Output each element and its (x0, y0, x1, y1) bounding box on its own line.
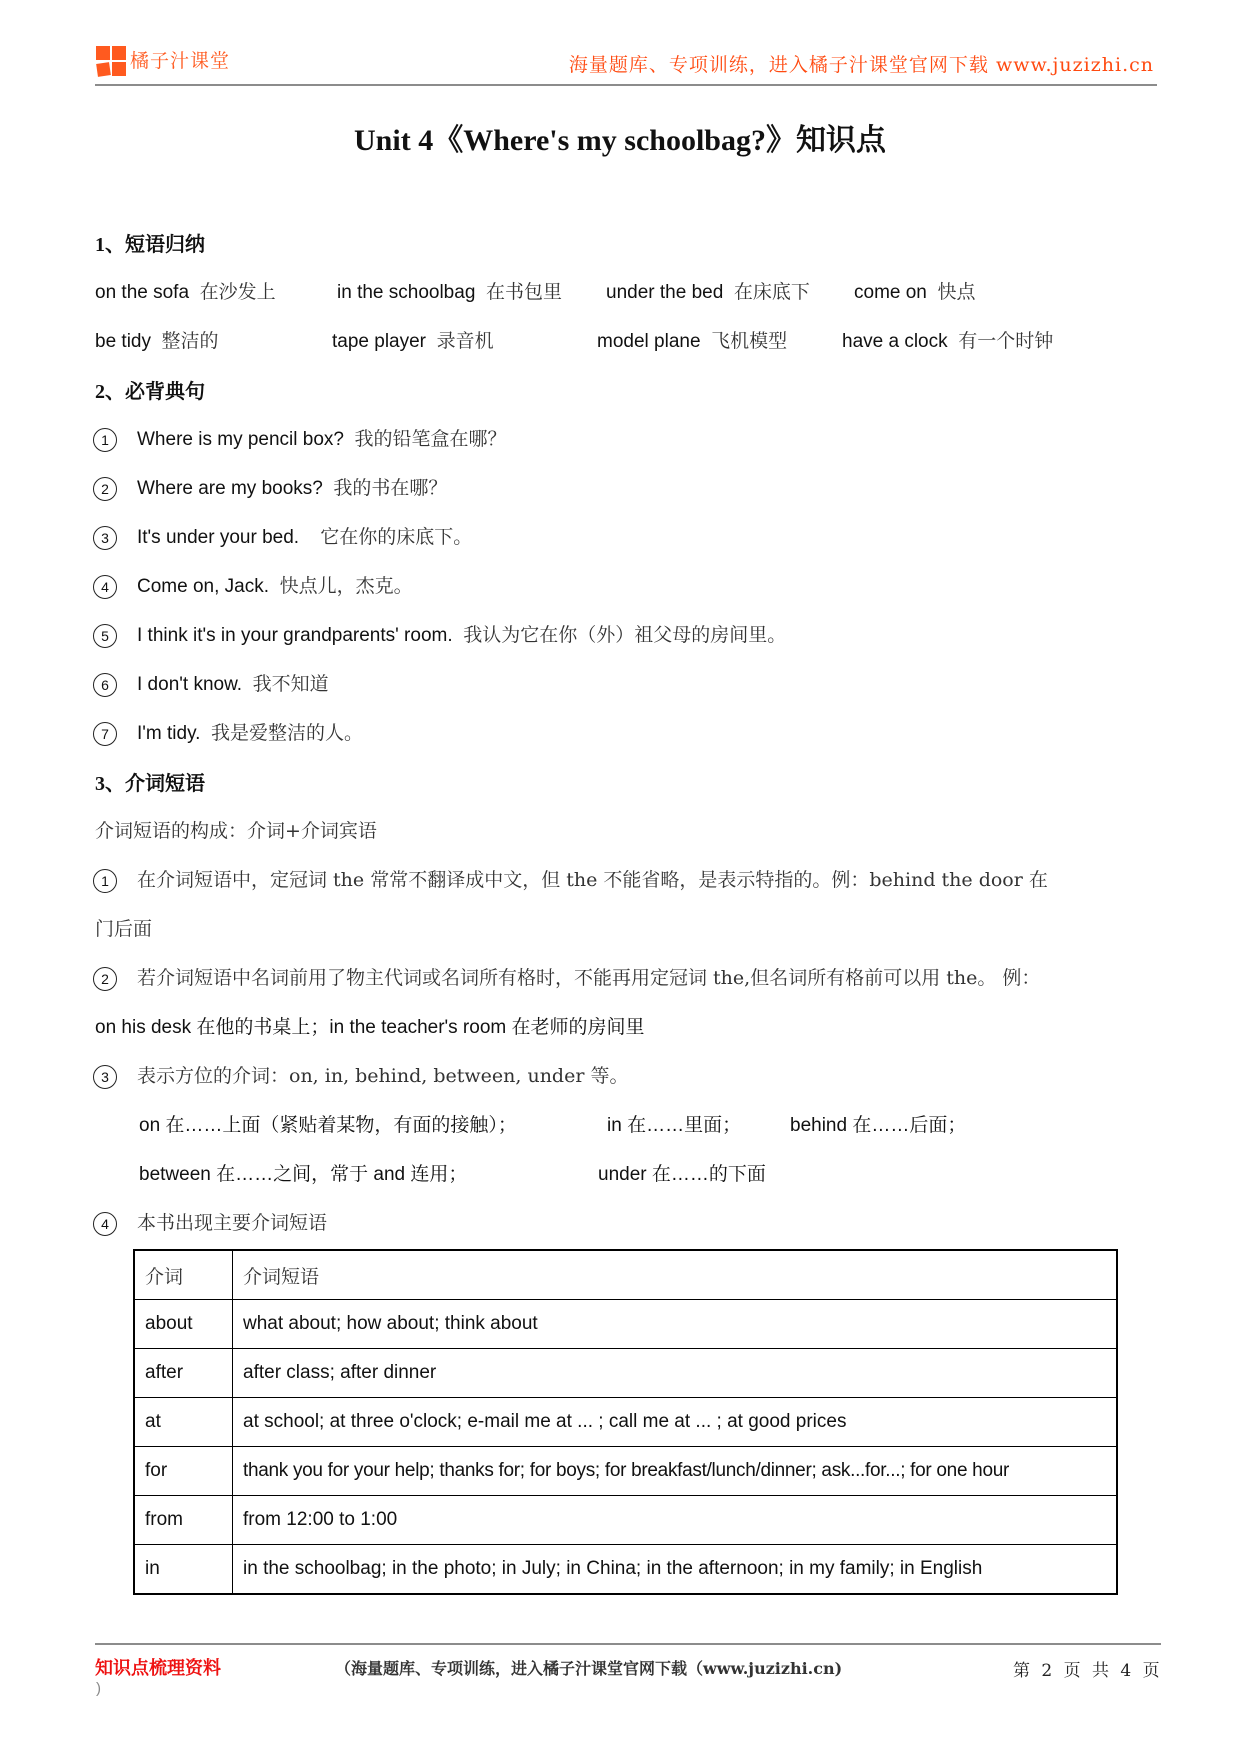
table-cell-preposition: after (134, 1349, 233, 1398)
table-cell-preposition: for (134, 1447, 233, 1496)
sentence-item: 3It's under your bed. 它在你的床底下。 (93, 522, 472, 550)
footer-slogan: （海量题库、专项训练，进入橘子汁课堂官网下载（www.juzizhi.cn) (335, 1656, 842, 1679)
page-title: Unit 4《Where's my schoolbag?》知识点 (0, 115, 1240, 159)
point-3-line-1: 3表示方位的介词：on, in, behind, between, under … (93, 1061, 628, 1089)
table-header-cell: 介词短语 (233, 1250, 1118, 1300)
section-2-heading: 2、必背典句 (95, 375, 205, 404)
point-3-item: under 在……的下面 (598, 1159, 766, 1186)
phrase-item: model plane 飞机模型 (597, 326, 787, 353)
circled-number: 2 (93, 967, 117, 991)
table-row: about what about; how about; think about (134, 1300, 1117, 1349)
phrase-item: under the bed 在床底下 (606, 277, 810, 304)
sentence-item: 7I'm tidy. 我是爱整洁的人。 (93, 718, 363, 746)
point-2-line-1: 2若介词短语中名词前用了物主代词或名词所有格时，不能再用定冠词 the,但名词所… (93, 963, 1040, 991)
circled-number: 5 (93, 624, 117, 648)
header-slogan: 海量题库、专项训练，进入橘子汁课堂官网下载 www.juzizhi.cn (569, 50, 1154, 77)
point-4-line-1: 4本书出现主要介词短语 (93, 1208, 327, 1236)
table-cell-preposition: at (134, 1398, 233, 1447)
table-cell-phrases: from 12:00 to 1:00 (233, 1496, 1118, 1545)
circled-number: 4 (93, 575, 117, 599)
circled-number: 3 (93, 526, 117, 550)
footer-doc-type: 知识点梳理资料 (95, 1654, 221, 1680)
circled-number: 7 (93, 722, 117, 746)
phrase-item: on the sofa 在沙发上 (95, 277, 276, 304)
phrase-item: be tidy 整洁的 (95, 326, 219, 353)
page-indicator: 第 2 页 共 4 页 (1013, 1656, 1163, 1681)
circled-number: 6 (93, 673, 117, 697)
circled-number: 1 (93, 428, 117, 452)
sentence-item: 2Where are my books? 我的书在哪？ (93, 473, 447, 501)
table-header-row: 介词 介词短语 (134, 1250, 1117, 1300)
phrase-item: tape player 录音机 (332, 326, 494, 353)
table-cell-preposition: from (134, 1496, 233, 1545)
table-row: from from 12:00 to 1:00 (134, 1496, 1117, 1545)
brand-name: 橘子汁课堂 (130, 46, 230, 73)
table-row: in in the schoolbag; in the photo; in Ju… (134, 1545, 1117, 1595)
phrase-item: have a clock 有一个时钟 (842, 326, 1053, 353)
point-3-item: between 在……之间，常于 and 连用； (139, 1159, 467, 1186)
table-header-cell: 介词 (134, 1250, 233, 1300)
table-cell-phrases: what about; how about; think about (233, 1300, 1118, 1349)
section-1-heading: 1、短语归纳 (95, 228, 205, 257)
point-3-item: behind 在……后面； (790, 1110, 966, 1137)
header-divider (95, 84, 1157, 86)
table-cell-phrases: in the schoolbag; in the photo; in July;… (233, 1545, 1118, 1595)
point-2-line-2: on his desk 在他的书桌上；in the teacher's room… (95, 1012, 645, 1039)
table-row: after after class; after dinner (134, 1349, 1117, 1398)
section-3-heading: 3、介词短语 (95, 767, 205, 796)
circled-number: 4 (93, 1212, 117, 1236)
sentence-item: 4Come on, Jack. 快点儿，杰克。 (93, 571, 413, 599)
table-cell-phrases: thank you for your help; thanks for; for… (233, 1447, 1118, 1496)
point-3-item: in 在……里面； (607, 1110, 741, 1137)
sentence-item: 1Where is my pencil box? 我的铅笔盒在哪？ (93, 424, 507, 452)
preposition-table: 介词 介词短语 about what about; how about; thi… (133, 1249, 1118, 1595)
section-3-intro: 介词短语的构成：介词+介词宾语 (95, 816, 377, 843)
circled-number: 2 (93, 477, 117, 501)
table-cell-preposition: in (134, 1545, 233, 1595)
circled-number: 1 (93, 869, 117, 893)
sentence-item: 5I think it's in your grandparents' room… (93, 620, 786, 648)
table-cell-preposition: about (134, 1300, 233, 1349)
sentence-item: 6I don't know. 我不知道 (93, 669, 329, 697)
table-row: for thank you for your help; thanks for;… (134, 1447, 1117, 1496)
table-cell-phrases: at school; at three o'clock; e-mail me a… (233, 1398, 1118, 1447)
phrase-item: come on 快点 (854, 277, 975, 304)
brand-logo-icon (96, 46, 126, 76)
point-1-line-2: 门后面 (95, 914, 152, 941)
circled-number: 3 (93, 1065, 117, 1089)
footer-trailing-paren: ) (96, 1680, 101, 1697)
point-1-line-1: 1在介词短语中，定冠词 the 常常不翻译成中文，但 the 不能省略，是表示特… (93, 865, 1048, 893)
phrase-item: in the schoolbag 在书包里 (337, 277, 562, 304)
point-3-item: on 在……上面（紧贴着某物，有面的接触）； (139, 1110, 517, 1137)
footer-divider (95, 1643, 1161, 1645)
table-row: at at school; at three o'clock; e-mail m… (134, 1398, 1117, 1447)
table-cell-phrases: after class; after dinner (233, 1349, 1118, 1398)
